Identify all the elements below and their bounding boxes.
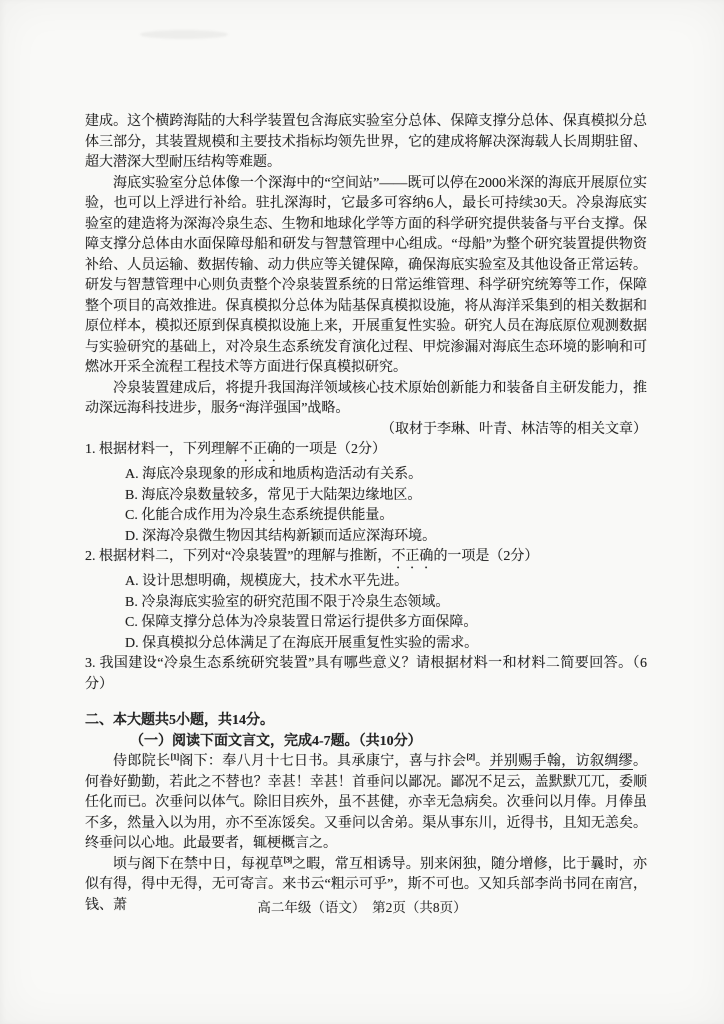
classical-p1-underlined-clause: 并别赐手翰，访叙绸缪 bbox=[489, 754, 633, 770]
question-2-stem-prefix: 2. 根据材料二，下列对“冷泉装置”的理解与推断， bbox=[85, 549, 391, 564]
material-continued-paragraph: 建成。这个横跨海陆的大科学装置包含海底实验室分总体、保障支撑分总体、保真模拟分总… bbox=[85, 112, 647, 174]
footnote-marker-3: [3] bbox=[283, 854, 291, 864]
question-2-option-d: D. 保真模拟分总体满足了在海底开展重复性实验的需求。 bbox=[85, 634, 647, 655]
question-1-option-c: C. 化能合成作用为冷泉生态系统提供能量。 bbox=[85, 506, 647, 527]
question-2: 2. 根据材料二，下列对“冷泉装置”的理解与推断，不正确的一项是（2分） A. … bbox=[85, 547, 647, 654]
material-paragraph-lab: 海底实验室分总体像一个深海中的“空间站”——既可以停在2000米深的海底开展原位… bbox=[85, 174, 647, 379]
question-1-stem-prefix: 1. 根据材料一，下列理解 bbox=[85, 442, 239, 457]
classical-p1-seg1: 侍郎院长 bbox=[113, 754, 170, 769]
question-2-stem: 2. 根据材料二，下列对“冷泉装置”的理解与推断，不正确的一项是（2分） bbox=[85, 547, 647, 572]
page-content: 建成。这个横跨海陆的大科学装置包含海底实验室分总体、保障支撑分总体、保真模拟分总… bbox=[85, 112, 647, 916]
question-1-stem-suffix: 的一项是（2分） bbox=[281, 442, 386, 457]
question-1-stem: 1. 根据材料一，下列理解不正确的一项是（2分） bbox=[85, 440, 647, 465]
question-3-stem: 3. 我国建设“冷泉生态系统研究装置”具有哪些意义？请根据材料一和材料二简要回答… bbox=[85, 654, 647, 695]
section-two-heading: 二、本大题共5小题，共14分。 bbox=[85, 711, 647, 732]
footnote-marker-1: [1] bbox=[170, 751, 178, 761]
classical-p1-seg3: 。 bbox=[475, 754, 490, 769]
footnote-marker-2: [2] bbox=[466, 751, 474, 761]
source-attribution: （取材于李琳、叶青、林洁等的相关文章） bbox=[85, 420, 647, 441]
question-1-option-a: A. 海底冷泉现象的形成和地质构造活动有关系。 bbox=[85, 465, 647, 486]
scan-artifact-smudge bbox=[140, 30, 228, 39]
classical-p1-seg2: 阁下：奉八月十七日书。具承康宁，喜与抃会 bbox=[179, 754, 466, 769]
question-1-option-b: B. 海底冷泉数量较多，常见于大陆架边缘地区。 bbox=[85, 486, 647, 507]
classical-p2-seg1: 顷与阁下在禁中日，每视草 bbox=[113, 857, 283, 872]
question-2-option-c: C. 保障支撑分总体为冷泉装置日常运行提供多方面保障。 bbox=[85, 613, 647, 634]
question-2-option-a: A. 设计思想明确，规模庞大，技术水平先进。 bbox=[85, 572, 647, 593]
scanned-exam-page: 建成。这个横跨海陆的大科学装置包含海底实验室分总体、保障支撑分总体、保真模拟分总… bbox=[0, 0, 724, 1024]
classical-text-paragraph-1: 侍郎院长[1]阁下：奉八月十七日书。具承康宁，喜与抃会[2]。并别赐手翰，访叙绸… bbox=[85, 752, 647, 855]
question-1-option-d: D. 深海冷泉微生物因其结构新颖而适应深海环境。 bbox=[85, 527, 647, 548]
question-3: 3. 我国建设“冷泉生态系统研究装置”具有哪些意义？请根据材料一和材料二简要回答… bbox=[85, 654, 647, 695]
section-two-subheading: （一）阅读下面文言文，完成4-7题。（共10分） bbox=[85, 732, 647, 753]
question-1: 1. 根据材料一，下列理解不正确的一项是（2分） A. 海底冷泉现象的形成和地质… bbox=[85, 440, 647, 547]
question-1-emphasis: 不正确 bbox=[239, 442, 281, 457]
page-footer: 高二年级（语文） 第2页（共8页） bbox=[0, 896, 724, 916]
question-2-option-b: B. 冷泉海底实验室的研究范围不限于冷泉生态领域。 bbox=[85, 593, 647, 614]
material-paragraph-outlook: 冷泉装置建成后，将提升我国海洋领域核心技术原始创新能力和装备自主研发能力，推动深… bbox=[85, 379, 647, 420]
question-2-stem-suffix: 的一项是（2分） bbox=[433, 549, 538, 564]
question-2-emphasis: 不正确 bbox=[391, 549, 433, 564]
